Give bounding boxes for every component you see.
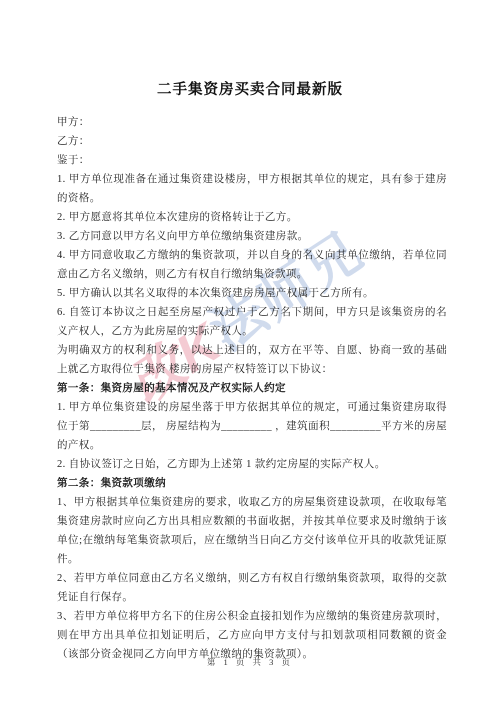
paragraph: 1. 甲方单位集资建设的房屋坐落于甲方依据其单位的规定，可通过集资建房取得位于第… — [57, 398, 447, 455]
paragraph: 3. 乙方同意以甲方名义向甲方单位缴纳集资建房款。 — [57, 227, 447, 246]
paragraph: 鉴于： — [57, 151, 447, 170]
document-body: 甲方：乙方：鉴于：1. 甲方单位现准备在通过集资建设楼房，甲方根据其单位的规定，… — [57, 113, 447, 664]
paragraph: 1. 甲方单位现准备在通过集资建设楼房，甲方根据其单位的规定，具有参于建房的资格… — [57, 170, 447, 208]
paragraph: 4. 甲方同意收取乙方缴纳的集资款项，并以自身的名义向其单位缴纳，若单位同意由乙… — [57, 246, 447, 284]
contract-page: 改K法师兄 二手集资房买卖合同最新版 甲方：乙方：鉴于：1. 甲方单位现准备在通… — [0, 0, 500, 706]
paragraph: 2. 甲方愿意将其单位本次建房的资格转让于乙方。 — [57, 208, 447, 227]
section-heading: 第一条：集资房屋的基本情况及产权实际人约定 — [57, 379, 447, 398]
section-heading: 第二条：集资款项缴纳 — [57, 474, 447, 493]
page-title: 二手集资房买卖合同最新版 — [0, 78, 500, 99]
paragraph: 6. 自签订本协议之日起至房屋产权过户于乙方名下期间，甲方只是该集资房的名义产权… — [57, 303, 447, 341]
page-number: 第 1 页 共 3 页 — [0, 656, 500, 668]
paragraph: 1、甲方根据其单位集资建房的要求，收取乙方的房屋集资建设款项，在收取每笔集资建房… — [57, 493, 447, 569]
paragraph: 乙方： — [57, 132, 447, 151]
paragraph: 2、若甲方单位同意由乙方名义缴纳，则乙方有权自行缴纳集资款项，取得的交款凭证自行… — [57, 569, 447, 607]
paragraph: 为明确双方的权利和义务，以达上述目的，双方在平等、自愿、协商一致的基础上就乙方取… — [57, 341, 447, 379]
paragraph: 甲方： — [57, 113, 447, 132]
paragraph: 5. 甲方确认以其名义取得的本次集资建房房屋产权属于乙方所有。 — [57, 284, 447, 303]
paragraph: 2. 自协议签订之日始，乙方即为上述第 1 款约定房屋的实际产权人。 — [57, 455, 447, 474]
